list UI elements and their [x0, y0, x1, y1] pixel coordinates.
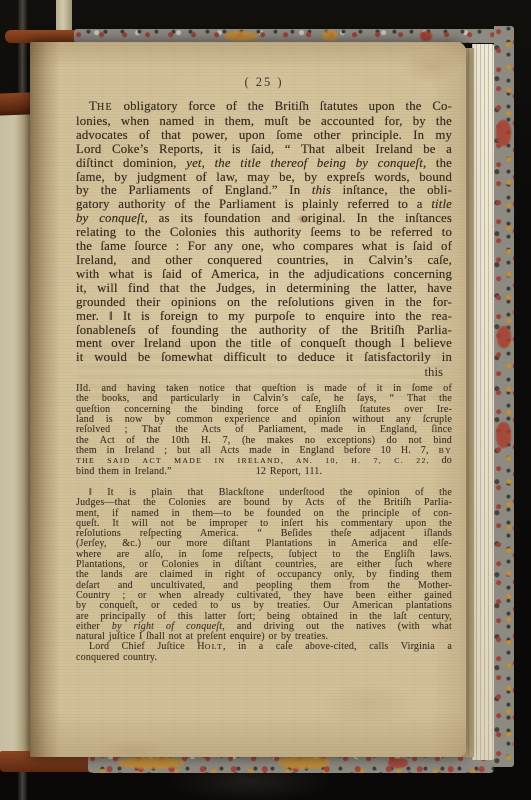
text-line: conquered country.	[76, 653, 452, 663]
facing-page-edge	[0, 106, 31, 757]
marble-patch	[118, 757, 184, 769]
marble-patch	[278, 756, 330, 769]
marble-patch	[497, 326, 511, 348]
text-line: THE obligatory force of the Britiſh ſtat…	[76, 100, 452, 115]
main-text-block: THE obligatory force of the Britiſh ſtat…	[76, 100, 452, 365]
text-line: Ireland, and other conquered countries, …	[76, 254, 452, 268]
text-line: the ſame ſource : For any one, who compa…	[76, 240, 452, 254]
marble-patch	[322, 30, 338, 41]
text-line: diſtinct dominion, yet, the title thereo…	[76, 157, 452, 171]
text-line: bind them in Ireland.”12 Report, 111.	[76, 467, 452, 477]
scanned-book-photo: { "book": { "page_number": "( 25 )", "ca…	[0, 0, 531, 800]
text-line: grounded their opinions on the reſolutio…	[76, 296, 452, 310]
text-line: ſame, by judgment of law, may be, by exp…	[76, 171, 452, 185]
text-line: lonies, when named in them, muſt be acco…	[76, 115, 452, 129]
gutter-shadow	[30, 42, 60, 757]
book-page: ( 25 ) THE obligatory force of the Briti…	[30, 42, 466, 757]
catchword: this	[76, 365, 452, 380]
text-area: ( 25 ) THE obligatory force of the Briti…	[76, 42, 452, 757]
text-line: with what is ſaid of America, in the adj…	[76, 268, 452, 282]
marble-patch	[388, 758, 408, 768]
marble-patch	[496, 120, 511, 146]
footnote-block-1: IId. and having taken notice that queſti…	[76, 384, 452, 477]
marble-patch	[224, 31, 258, 41]
text-line: by conqueſt, as its foundation and origi…	[76, 212, 452, 226]
text-line: it would be ſomewhat difficult to deduce…	[76, 351, 452, 365]
footnote-block-2: ‖ It is plain that Blackſtone underſtood…	[76, 488, 452, 663]
text-line: advocates of that power, upon ſome other…	[76, 129, 452, 143]
fore-edge-pages	[472, 44, 494, 760]
text-line: it, will find that the Judges, in determ…	[76, 282, 452, 296]
text-line: by the Parliaments of England.” In this …	[76, 184, 452, 198]
marbled-edge-right	[494, 26, 514, 767]
text-line: ſonableneſs of founding the authority of…	[76, 324, 452, 338]
text-line: ment over Ireland upon the title of conq…	[76, 337, 452, 351]
text-line: gatory authority of the Parliament is pl…	[76, 198, 452, 212]
text-line: mer. ‖ It is foreign to my purpoſe to en…	[76, 310, 452, 324]
text-line: Lord Coke’s Reports, it is ſaid, “ That …	[76, 143, 452, 157]
text-line: relating to the Colonies this authority …	[76, 226, 452, 240]
page-number: ( 25 )	[76, 75, 452, 90]
marbled-edge-top	[74, 29, 514, 43]
marble-patch	[496, 422, 511, 448]
text-line: them in Ireland ; but all Acts made in E…	[76, 446, 452, 456]
marble-patch	[420, 31, 432, 41]
